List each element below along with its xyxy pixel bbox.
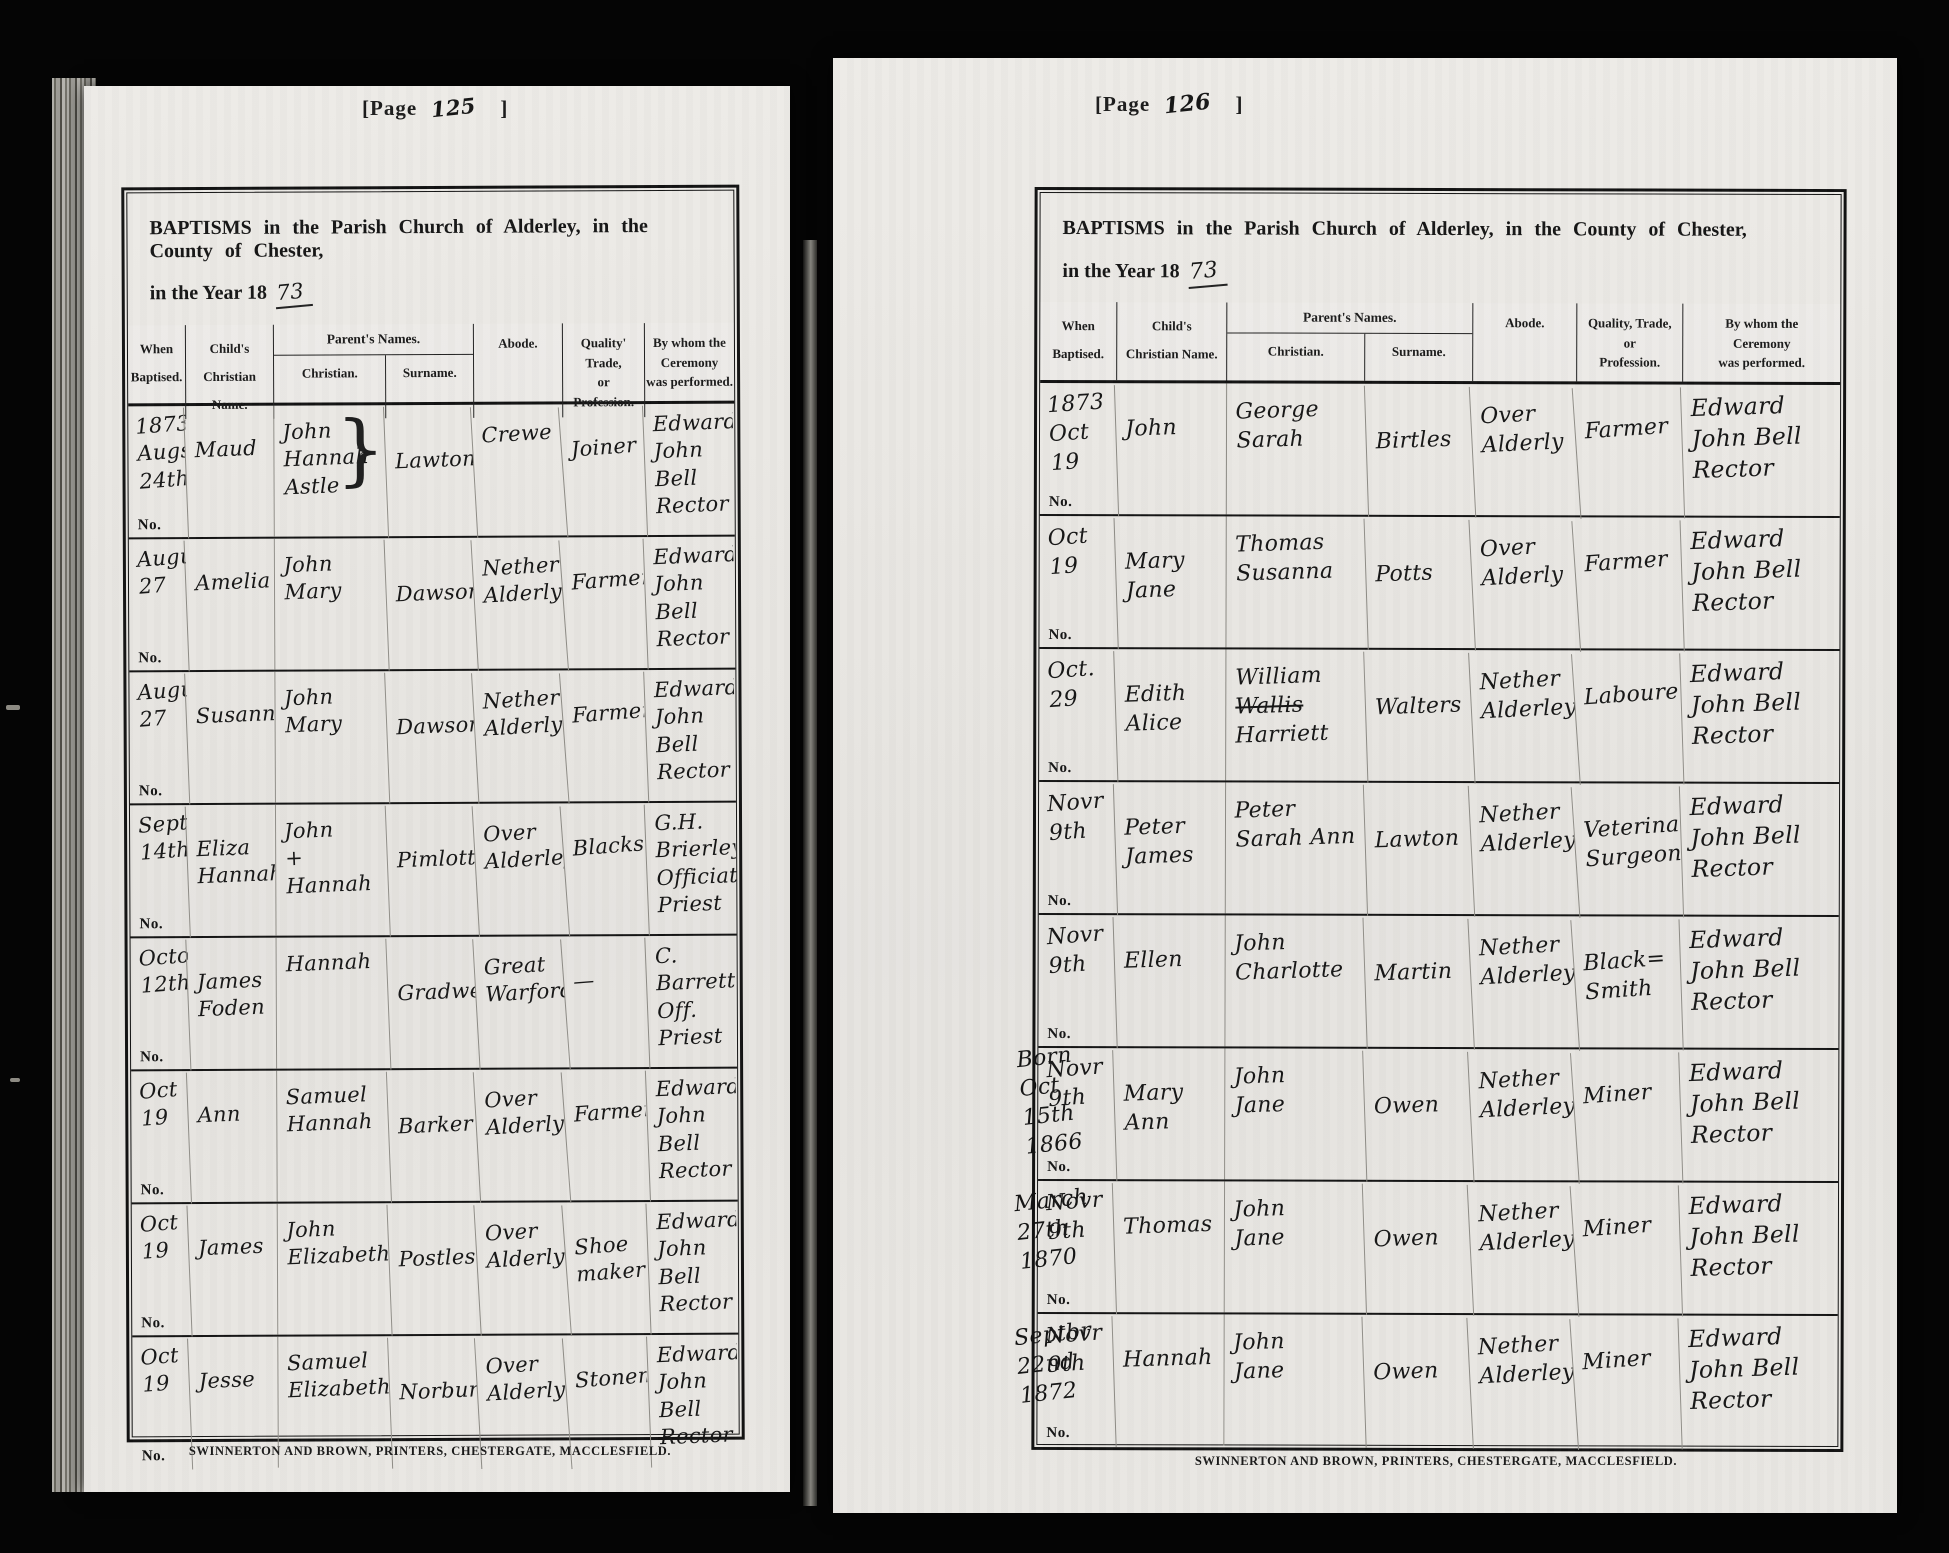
parent-christian-names: Hannah [285, 948, 384, 979]
cell-baptism-date: Oct 19 No. [1039, 516, 1115, 647]
cell-quality-trade-profession: Veterinary Surgeon [1571, 780, 1686, 918]
cell-ceremony-performed-by: Edward John Bell Rector [1679, 914, 1841, 1050]
cell-parent-surname: Owen [1361, 1313, 1471, 1447]
cell-ceremony-performed-by: Edward John Bell Rector [642, 402, 737, 536]
cell-parent-christian-names: John Mary [274, 671, 387, 802]
cell-parent-christian-names: William Wallis Harriett [1225, 649, 1365, 780]
cell-child-christian-name: Mary Jane [1114, 515, 1228, 649]
cell-parent-surname: Potts [1364, 515, 1474, 649]
cell-quality-trade-profession: Labourer [1571, 647, 1686, 785]
cell-abode: Crewe [470, 402, 566, 538]
parent-christian-names: Thomas Susanna [1235, 527, 1363, 589]
no-label: No. [1047, 1159, 1110, 1176]
cell-quality-trade-profession: Farmer [561, 1066, 652, 1203]
baptism-date-handwritten: October 12th [138, 943, 186, 1001]
col-header-parents-title: Parent's Names. [274, 324, 473, 348]
parent-christian-names: John + Hannah [284, 815, 385, 901]
parent-christian-names: George Sarah [1235, 394, 1363, 456]
register-title: BAPTISMS in the Parish Church of Alderle… [127, 191, 733, 264]
cell-ceremony-performed-by: Edward John Bell Rector [1680, 515, 1842, 651]
cell-baptism-date: 1873 Oct 19 No. [1040, 383, 1116, 514]
cell-ceremony-performed-by: Edward John Bell Rector [643, 535, 738, 669]
parent-christian-names: Samuel Elizabeth [286, 1347, 386, 1405]
no-label: No. [1048, 893, 1111, 910]
baptism-date-handwritten: Oct 19 [138, 1076, 186, 1134]
baptism-record-row: Novr 9th No. Hannah John Jane Owen Nethe… [1037, 1314, 1837, 1447]
year-prefix: in the Year 18 [1062, 260, 1179, 282]
cell-child-christian-name: Edith Alice [1113, 648, 1227, 782]
no-label: No. [138, 650, 182, 667]
parent-name-struck-through: Wallis [1235, 689, 1362, 722]
cell-parent-christian-names: Thomas Susanna [1225, 516, 1365, 647]
register-year-line: in the Year 18 73 [150, 277, 734, 326]
parent-christian-names: Harriett [1235, 718, 1362, 751]
cell-child-christian-name: James [186, 1202, 279, 1336]
register-table-frame: BAPTISMS in the Parish Church of Alderle… [1031, 187, 1846, 1452]
col-header-quality-trade: Quality, Trade, or Profession. [1576, 303, 1682, 381]
baptism-record-row: Novr 9th No. Ellen John Charlotte Martin… [1038, 915, 1838, 1050]
baptism-record-row: Novr 9th No. Peter James Peter Sarah Ann… [1039, 782, 1839, 917]
parent-christian-names: John Mary [284, 682, 384, 740]
cell-abode: Nether Alderly [470, 535, 566, 671]
cell-abode: Nether Alderly [471, 668, 567, 804]
cell-child-christian-name: Thomas [1112, 1180, 1226, 1314]
cell-child-christian-name: Peter James [1113, 781, 1227, 915]
baptism-record-row: Oct 19 No. Mary Jane Thomas Susanna Pott… [1039, 516, 1839, 651]
cell-child-christian-name: Eliza Hannah [185, 803, 278, 937]
parent-christian-names: John Mary [283, 549, 383, 607]
baptism-date-handwritten: Novr 9th [1045, 1318, 1112, 1380]
cell-baptism-date: 1873 Augst 24th No. [128, 406, 186, 537]
no-label: No. [1049, 494, 1112, 511]
cell-baptism-date: August 27 No. [129, 539, 187, 670]
cell-quality-trade-profession: Joiner [558, 401, 649, 538]
cell-abode: Nether Alderley [1468, 781, 1578, 917]
cell-quality-trade-profession: Farmer [1572, 381, 1687, 519]
cell-baptism-date: October 12th No. [131, 938, 189, 1069]
col-header-abode: Abode. [1472, 303, 1576, 381]
no-label: No. [141, 1182, 185, 1199]
year-handwritten: 73 [1186, 255, 1227, 289]
cell-child-christian-name: James Foden [185, 936, 278, 1070]
register-page-right: [Page 126 ] Born Oct 15th 1866 March 27t… [833, 58, 1897, 1513]
cell-abode: Over Alderley [472, 801, 568, 937]
cell-child-christian-name: Hannah [1111, 1313, 1225, 1447]
cell-quality-trade-profession: Miner [1569, 1312, 1684, 1450]
cell-parent-christian-names: Hannah [276, 937, 389, 1068]
baptism-date-handwritten: Novr 9th [1045, 1052, 1112, 1114]
no-label: No. [1048, 627, 1111, 644]
parent-christian-names: John Charlotte [1234, 926, 1362, 988]
cell-ceremony-performed-by: Edward John Bell Rector [1679, 648, 1841, 784]
page-gutter-edge [803, 240, 817, 1506]
cell-abode: Over Alderly [1469, 382, 1579, 518]
cell-child-christian-name: Maud [183, 404, 276, 538]
col-header-parents-title: Parent's Names. [1227, 302, 1472, 326]
cell-parent-christian-names: John Mary [274, 538, 387, 669]
cell-quality-trade-profession: — [560, 933, 651, 1070]
baptism-record-row: Oct 19 No. Ann Samuel Hannah Barker Over… [131, 1069, 738, 1205]
cell-parent-surname: Barker [386, 1068, 479, 1202]
col-header-when-baptised: When Baptised. [128, 325, 185, 419]
cell-quality-trade-profession: Blacksmith [560, 800, 651, 937]
column-header-row: When Baptised. Child's Christian Name. P… [128, 323, 734, 407]
baptism-record-row: Novr 9th No. Thomas John Jane Owen Nethe… [1038, 1181, 1838, 1316]
cell-parent-christian-names: Peter Sarah Ann [1225, 782, 1365, 913]
year-handwritten: 73 [274, 277, 314, 310]
parent-christian-names: Samuel Hannah [285, 1081, 385, 1139]
cell-parent-christian-names: John Hannah Astle } [273, 405, 386, 536]
cell-abode: Great Warford [472, 934, 568, 1070]
cell-parent-surname: Martin [1362, 914, 1472, 1048]
scan-smudge [6, 705, 20, 710]
parent-christian-names: John Jane [1233, 1059, 1361, 1121]
cell-parent-surname: Owen [1362, 1180, 1472, 1314]
cell-parent-christian-names: John Jane [1224, 1181, 1364, 1312]
register-title: BAPTISMS in the Parish Church of Alderle… [1041, 193, 1841, 242]
cell-parent-surname: Dawson [384, 536, 477, 670]
cell-parent-christian-names: Samuel Hannah [276, 1070, 389, 1201]
cell-abode: Over Alderly [1468, 515, 1578, 651]
no-label: No. [1048, 760, 1111, 777]
cell-abode: Nether Alderley [1467, 914, 1577, 1050]
baptism-date-handwritten: Novr 9th [1046, 786, 1113, 848]
page-number-label: [Page 125 ] [362, 94, 508, 121]
cell-parent-surname: Postles [386, 1201, 479, 1335]
no-label: No. [1047, 1026, 1110, 1043]
baptism-date-handwritten: August 27 [136, 544, 184, 602]
year-prefix: in the Year 18 [150, 282, 267, 305]
cell-quality-trade-profession: Miner [1570, 1046, 1685, 1184]
cell-child-christian-name: Amelia [184, 537, 277, 671]
cell-ceremony-performed-by: Edward John Bell Rector [1679, 781, 1841, 917]
cell-quality-trade-profession: Farmer [558, 534, 649, 671]
cell-parent-surname: Lawton [1363, 781, 1473, 915]
baptism-date-handwritten: Novr 9th [1046, 919, 1113, 981]
cell-baptism-date: Novr 9th No. [1038, 915, 1114, 1046]
cell-baptism-date: Oct. 29 No. [1039, 649, 1115, 780]
cell-abode: Nether Alderley [1467, 1047, 1577, 1183]
cell-ceremony-performed-by: G.H. Brierley Officiating Priest [644, 801, 739, 935]
baptism-record-row: August 27 No. Amelia John Mary Dawson Ne… [129, 537, 736, 673]
cell-quality-trade-profession: Farmer [559, 667, 650, 804]
cell-baptism-date: Oct 19 No. [131, 1071, 189, 1202]
cell-quality-trade-profession: Farmer [1571, 514, 1686, 652]
page-label-close-bracket: ] [500, 96, 508, 120]
col-header-parent-christian: Christian. [1227, 333, 1364, 380]
cell-abode: Nether Alderley [1466, 1313, 1576, 1449]
no-label: No. [1047, 1292, 1110, 1309]
cell-parent-christian-names: John Elizabeth [277, 1203, 390, 1334]
cell-quality-trade-profession: Miner [1570, 1179, 1685, 1317]
cell-ceremony-performed-by: Edward John Bell Rector [645, 1067, 740, 1201]
no-label: No. [141, 1315, 185, 1332]
baptism-date-handwritten: 1873 Augst 24th [134, 411, 184, 496]
baptism-date-handwritten: Oct 19 [139, 1342, 187, 1400]
cell-baptism-date: September 14th. No. [130, 805, 188, 936]
baptism-record-row: August 27 No. Susannah John Mary Dawson … [129, 670, 736, 806]
baptism-record-row: Novr 9th No. Mary Ann John Jane Owen Net… [1038, 1048, 1838, 1183]
register-table: BAPTISMS in the Parish Church of Alderle… [126, 190, 739, 1438]
baptism-record-row: Oct. 29 No. Edith Alice William Wallis H… [1039, 649, 1839, 784]
register-page-left: [Page 125 ] BAPTISMS in the Parish Churc… [84, 86, 790, 1492]
parent-christian-names: William [1235, 660, 1362, 693]
cell-child-christian-name: Susannah [184, 670, 277, 804]
cell-baptism-date: Novr 9th No. [1039, 782, 1115, 913]
baptism-records: 1873 Oct 19 No. John George Sarah Birtle… [1037, 383, 1840, 1447]
no-label: No. [1046, 1425, 1109, 1442]
cell-parent-christian-names: John Charlotte [1224, 915, 1364, 1046]
register-table: BAPTISMS in the Parish Church of Alderle… [1036, 192, 1841, 1447]
cell-ceremony-performed-by: Edward John Bell Rector [643, 668, 738, 802]
parent-christian-names: John Jane [1233, 1325, 1361, 1387]
cell-parent-surname: Lawton [383, 403, 476, 537]
cell-parent-surname: Birtles [1364, 382, 1474, 516]
cell-quality-trade-profession: Black= Smith [1570, 913, 1685, 1051]
cell-parent-christian-names: John Jane [1224, 1048, 1364, 1179]
baptism-date-handwritten: Novr 9th [1045, 1185, 1112, 1247]
baptism-date-handwritten: August 27 [137, 677, 185, 735]
parent-christian-names: John Elizabeth [286, 1214, 386, 1272]
register-year-line: in the Year 18 73 [1062, 256, 1840, 304]
col-header-parent-surname: Surname. [1364, 334, 1472, 381]
cell-ceremony-performed-by: Edward John Bell Rector [645, 1200, 740, 1334]
cell-ceremony-performed-by: C. Barrett Off. Priest [644, 934, 739, 1068]
baptism-date-handwritten: Oct 19 [139, 1209, 187, 1267]
column-header-row: When Baptised. Child's Christian Name. P… [1040, 302, 1840, 385]
cell-abode: Nether Alderley [1468, 648, 1578, 784]
cell-ceremony-performed-by: Edward John Bell Rector [1678, 1180, 1840, 1316]
baptism-record-row: Oct 19 No. James John Elizabeth Postles … [132, 1202, 739, 1338]
baptism-date-handwritten: 1873 Oct 19 [1046, 387, 1115, 478]
cell-abode: Over Alderly [473, 1067, 569, 1203]
cell-parent-surname: Owen [1362, 1047, 1472, 1181]
cell-child-christian-name: Ellen [1112, 914, 1226, 1048]
page-label-open-bracket: [Page [1095, 92, 1150, 116]
cell-child-christian-name: Ann [186, 1069, 279, 1203]
cell-parent-christian-names: John Jane [1223, 1314, 1363, 1445]
cell-baptism-date: Novr 9th No. [1037, 1314, 1113, 1445]
register-table-frame: BAPTISMS in the Parish Church of Alderle… [121, 185, 744, 1443]
cell-baptism-date: August 27 No. [129, 672, 187, 803]
cell-baptism-date: Novr 9th No. [1038, 1181, 1114, 1312]
cell-abode: Nether Alderley [1467, 1180, 1577, 1316]
cell-ceremony-performed-by: Edward John Bell Rector [1680, 382, 1842, 518]
cell-child-christian-name: John [1114, 382, 1228, 516]
cell-parent-surname: Pimlott [385, 802, 478, 936]
cell-parent-surname: Walters [1363, 648, 1473, 782]
baptism-record-row: 1873 Augst 24th No. Maud John Hannah Ast… [128, 404, 735, 540]
cell-quality-trade-profession: Shoe maker [561, 1199, 652, 1336]
cell-ceremony-performed-by: Edward John Bell Rector [1677, 1313, 1839, 1449]
parent-christian-names: John Jane [1233, 1192, 1361, 1254]
cell-parent-christian-names: George Sarah [1226, 383, 1366, 514]
no-label: No. [138, 517, 182, 534]
baptism-record-row: October 12th No. James Foden Hannah Grad… [131, 936, 738, 1072]
scan-smudge [10, 1078, 20, 1082]
col-header-parents-names: Parent's Names. Christian. Surname. [1226, 302, 1472, 381]
page-label-close-bracket: ] [1235, 92, 1243, 116]
handwritten-brace: } [336, 411, 386, 489]
cell-baptism-date: Oct 19 No. [132, 1204, 190, 1335]
col-header-child-name: Child's Christian Name. [1116, 302, 1226, 380]
printer-imprint: SWINNERTON AND BROWN, PRINTERS, CHESTERG… [1033, 1454, 1839, 1469]
baptism-record-row: September 14th. No. Eliza Hannah John + … [130, 803, 737, 939]
page-number-handwritten: 126 [1163, 88, 1213, 122]
cell-parent-christian-names: John + Hannah [275, 804, 388, 935]
cell-parent-surname: Gradwell [385, 935, 478, 1069]
cell-child-christian-name: Mary Ann [1112, 1047, 1226, 1181]
no-label: No. [139, 916, 183, 933]
no-label: No. [140, 1049, 184, 1066]
baptism-date-handwritten: Oct. 29 [1046, 653, 1113, 715]
col-header-when-baptised: When Baptised. [1040, 302, 1116, 380]
parents-subheaders: Christian. Surname. [1227, 332, 1472, 381]
baptism-date-handwritten: Oct 19 [1047, 520, 1114, 582]
page-label-open-bracket: [Page [362, 96, 417, 120]
baptism-date-handwritten: September 14th. [137, 810, 185, 868]
cell-ceremony-performed-by: Edward John Bell Rector [1678, 1047, 1840, 1183]
cell-baptism-date: Novr 9th No. [1038, 1048, 1114, 1179]
baptism-records: 1873 Augst 24th No. Maud John Hannah Ast… [128, 404, 739, 1469]
baptism-record-row: 1873 Oct 19 No. John George Sarah Birtle… [1040, 383, 1840, 518]
no-label: No. [139, 783, 183, 800]
parent-christian-names: Peter Sarah Ann [1234, 793, 1362, 855]
printer-imprint: SWINNERTON AND BROWN, PRINTERS, CHESTERG… [124, 1444, 736, 1459]
col-header-by-whom: By whom the Ceremony was performed. [1682, 304, 1840, 382]
page-number-handwritten: 125 [430, 92, 477, 124]
cell-parent-surname: Dawson [384, 669, 477, 803]
cell-abode: Over Alderly [473, 1200, 569, 1336]
page-number-label: [Page 126 ] [1095, 90, 1243, 119]
